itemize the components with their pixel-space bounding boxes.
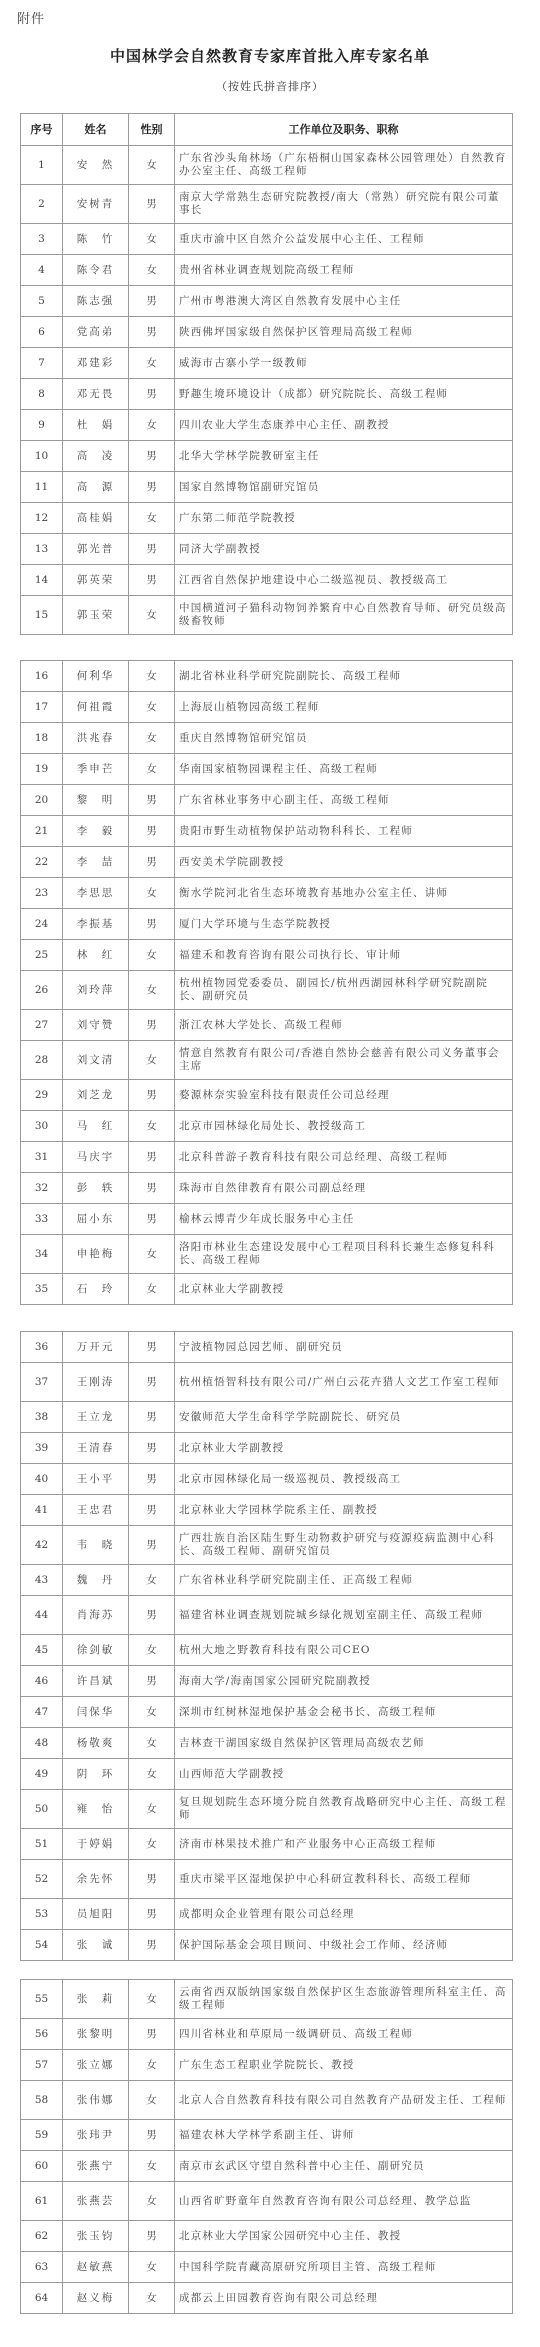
table-row: 30马 红女北京市园林绿化局处长、教授级高工	[21, 1111, 513, 1142]
expert-name: 安树青	[63, 185, 129, 224]
expert-affiliation: 保护国际基金会项目顾问、中级社会工作师、经济师	[175, 1930, 513, 1961]
expert-gender: 男	[129, 185, 175, 224]
expert-gender: 女	[129, 410, 175, 441]
expert-gender: 男	[129, 472, 175, 503]
expert-gender: 女	[129, 1790, 175, 1829]
table-row: 23李思思女衡水学院河北省生态环境教育基地办公室主任、讲师	[21, 878, 513, 909]
expert-name: 徐剑敏	[63, 1635, 129, 1666]
table-row: 4陈令君女贵州省林业调查规划院高级工程师	[21, 255, 513, 286]
expert-name: 刘芝龙	[63, 1080, 129, 1111]
row-number: 3	[21, 224, 63, 255]
table-row: 62张玉钧男北京林业大学国家公园研究中心主任、教授	[21, 2221, 513, 2252]
expert-affiliation: 贵州省林业调查规划院高级工程师	[175, 255, 513, 286]
expert-affiliation: 吉林查干湖国家级自然保护区管理局高级农艺师	[175, 1728, 513, 1759]
expert-affiliation: 野趣生境环境设计（成都）研究院院长、高级工程师	[175, 379, 513, 410]
table-row: 13郭光普男同济大学副教授	[21, 534, 513, 565]
expert-name: 杨敬爽	[63, 1728, 129, 1759]
table-row: 6党高弟男陕西佛坪国家级自然保护区管理局高级工程师	[21, 317, 513, 348]
table-row: 43魏 丹女广东省林业科学研究院副主任、正高级工程师	[21, 1565, 513, 1596]
table-row: 7邓建彩女威海市古寨小学一级教师	[21, 348, 513, 379]
expert-gender: 女	[129, 503, 175, 534]
expert-name: 高 源	[63, 472, 129, 503]
expert-name: 杜 娟	[63, 410, 129, 441]
expert-name: 马庆宇	[63, 1142, 129, 1173]
row-number: 19	[21, 754, 63, 785]
expert-affiliation: 四川省林业和草原局一级调研员、高级工程师	[175, 2019, 513, 2050]
expert-affiliation: 广州市粤港澳大湾区自然教育发展中心主任	[175, 286, 513, 317]
expert-name: 屈小东	[63, 1204, 129, 1235]
expert-name: 韦 晓	[63, 1526, 129, 1565]
row-number: 27	[21, 1010, 63, 1041]
table-row: 35石 玲女北京林业大学副教授	[21, 1274, 513, 1305]
expert-name: 申艳梅	[63, 1235, 129, 1274]
expert-affiliation: 国家自然博物馆副研究馆员	[175, 472, 513, 503]
attachment-label: 附件	[17, 8, 45, 27]
row-number: 13	[21, 534, 63, 565]
expert-name: 刘守赞	[63, 1010, 129, 1041]
expert-gender: 男	[129, 1495, 175, 1526]
expert-affiliation: 深圳市红树林湿地保护基金会秘书长、高级工程师	[175, 1697, 513, 1728]
table-row: 60张燕宁女南京市玄武区守望自然科普中心主任、副研究员	[21, 2151, 513, 2182]
table-row: 8邓无畏男野趣生境环境设计（成都）研究院院长、高级工程师	[21, 379, 513, 410]
expert-gender: 女	[129, 1697, 175, 1728]
table-row: 28刘文清女情意自然教育有限公司/香港自然协会慈善有限公司义务董事会主席	[21, 1041, 513, 1080]
expert-gender: 女	[129, 2182, 175, 2221]
document-subtitle: （按姓氏拼音排序）	[0, 78, 540, 94]
expert-affiliation: 北华大学林学院教研室主任	[175, 441, 513, 472]
expert-gender: 女	[129, 1274, 175, 1305]
table-row: 20黎 明男广东省林业事务中心副主任、高级工程师	[21, 785, 513, 816]
expert-name: 王刚涛	[63, 1363, 129, 1402]
table-row: 57张立娜女广东生态工程职业学院院长、教授	[21, 2050, 513, 2081]
expert-affiliation: 西安美术学院副教授	[175, 847, 513, 878]
expert-affiliation: 山西师范大学副教授	[175, 1759, 513, 1790]
expert-name: 肖海苏	[63, 1596, 129, 1635]
expert-gender: 男	[129, 1899, 175, 1930]
expert-gender: 男	[129, 1173, 175, 1204]
expert-name: 张燕芸	[63, 2182, 129, 2221]
row-number: 16	[21, 661, 63, 692]
row-number: 25	[21, 940, 63, 971]
expert-name: 张燕宁	[63, 2151, 129, 2182]
expert-affiliation: 浙江农林大学处长、高级工程师	[175, 1010, 513, 1041]
expert-gender: 男	[129, 1142, 175, 1173]
expert-gender: 女	[129, 2283, 175, 2314]
expert-gender: 女	[129, 1829, 175, 1860]
expert-gender: 女	[129, 1235, 175, 1274]
row-number: 52	[21, 1860, 63, 1899]
table-row: 12高桂娟女广东第二师范学院教授	[21, 503, 513, 534]
table-row: 9杜 娟女四川农业大学生态康养中心主任、副教授	[21, 410, 513, 441]
expert-affiliation: 成都云上田园教育咨询有限公司总经理	[175, 2283, 513, 2314]
table-row: 49阴 环女山西师范大学副教授	[21, 1759, 513, 1790]
expert-name: 李振基	[63, 909, 129, 940]
expert-gender: 男	[129, 1332, 175, 1363]
row-number: 64	[21, 2283, 63, 2314]
expert-name: 洪兆春	[63, 723, 129, 754]
expert-name: 李 喆	[63, 847, 129, 878]
expert-gender: 男	[129, 816, 175, 847]
table-row: 32彭 轶男珠海市自然律教育有限公司副总经理	[21, 1173, 513, 1204]
row-number: 58	[21, 2081, 63, 2120]
expert-gender: 女	[129, 754, 175, 785]
row-number: 55	[21, 1980, 63, 2019]
expert-affiliation: 成都明众企业管理有限公司总经理	[175, 1899, 513, 1930]
expert-gender: 男	[129, 1666, 175, 1697]
expert-name: 李思思	[63, 878, 129, 909]
table-row: 50雍 怡女复旦规划院生态环境分院自然教育战略研究中心主任、高级工程师	[21, 1790, 513, 1829]
row-number: 22	[21, 847, 63, 878]
table-row: 10高 凌男北华大学林学院教研室主任	[21, 441, 513, 472]
expert-affiliation: 福建农林大学林学系副主任、讲师	[175, 2120, 513, 2151]
expert-gender: 男	[129, 1204, 175, 1235]
expert-name: 林 红	[63, 940, 129, 971]
expert-name: 郭英荣	[63, 565, 129, 596]
expert-gender: 男	[129, 1363, 175, 1402]
expert-gender: 女	[129, 2252, 175, 2283]
table-row: 64赵义梅女成都云上田园教育咨询有限公司总经理	[21, 2283, 513, 2314]
expert-name: 陈志强	[63, 286, 129, 317]
table-row: 42韦 晓男广西壮族自治区陆生野生动物救护研究与疫源疫病监测中心科长、高级工程师…	[21, 1526, 513, 1565]
table-row: 21李 毅男贵阳市野生动植物保护站动物科科长、工程师	[21, 816, 513, 847]
table-row: 51于婷娟女济南市林果技术推广和产业服务中心正高级工程师	[21, 1829, 513, 1860]
table-row: 2安树青男南京大学常熟生态研究院教授/南大（常熟）研究院有限公司董事长	[21, 185, 513, 224]
expert-name: 雍 怡	[63, 1790, 129, 1829]
row-number: 51	[21, 1829, 63, 1860]
expert-gender: 女	[129, 596, 175, 635]
expert-affiliation: 南京市玄武区守望自然科普中心主任、副研究员	[175, 2151, 513, 2182]
expert-name: 季申芒	[63, 754, 129, 785]
row-number: 60	[21, 2151, 63, 2182]
row-number: 14	[21, 565, 63, 596]
expert-affiliation: 重庆自然博物馆研究馆员	[175, 723, 513, 754]
expert-gender: 男	[129, 909, 175, 940]
expert-affiliation: 贵阳市野生动植物保护站动物科科长、工程师	[175, 816, 513, 847]
expert-gender: 女	[129, 692, 175, 723]
row-number: 6	[21, 317, 63, 348]
table-row: 27刘守赞男浙江农林大学处长、高级工程师	[21, 1010, 513, 1041]
expert-gender: 女	[129, 348, 175, 379]
document-title: 中国林学会自然教育专家库首批入库专家名单	[0, 45, 540, 66]
expert-gender: 女	[129, 940, 175, 971]
row-number: 23	[21, 878, 63, 909]
row-number: 26	[21, 971, 63, 1010]
table-row: 3陈 竹女重庆市渝中区自然介公益发展中心主任、工程师	[21, 224, 513, 255]
expert-affiliation: 北京林业大学副教授	[175, 1433, 513, 1464]
table-row: 48杨敬爽女吉林查干湖国家级自然保护区管理局高级农艺师	[21, 1728, 513, 1759]
expert-affiliation: 广东省沙头角林场（广东梧桐山国家森林公园管理处）自然教育办公室主任、高级工程师	[175, 146, 513, 185]
expert-name: 马 红	[63, 1111, 129, 1142]
expert-name: 阴 环	[63, 1759, 129, 1790]
table-row: 59张玮尹男福建农林大学林学系副主任、讲师	[21, 2120, 513, 2151]
expert-name: 员旭阳	[63, 1899, 129, 1930]
row-number: 46	[21, 1666, 63, 1697]
expert-affiliation: 南京大学常熟生态研究院教授/南大（常熟）研究院有限公司董事长	[175, 185, 513, 224]
expert-affiliation: 福建省林业调查规划院城乡绿化规划室副主任、高级工程师	[175, 1596, 513, 1635]
table-row: 19季申芒女华南国家植物园课程主任、高级工程师	[21, 754, 513, 785]
expert-name: 邓无畏	[63, 379, 129, 410]
row-number: 20	[21, 785, 63, 816]
roster-table-page-4: 55张 莉女云南省西双版纳国家级自然保护区生态旅游管理所科室主任、高级工程师56…	[20, 1979, 513, 2314]
row-number: 21	[21, 816, 63, 847]
expert-name: 张黎明	[63, 2019, 129, 2050]
expert-affiliation: 厦门大学环境与生态学院教授	[175, 909, 513, 940]
expert-affiliation: 陕西佛坪国家级自然保护区管理局高级工程师	[175, 317, 513, 348]
row-number: 57	[21, 2050, 63, 2081]
row-number: 42	[21, 1526, 63, 1565]
expert-gender: 男	[129, 847, 175, 878]
row-number: 11	[21, 472, 63, 503]
expert-name: 刘玲萍	[63, 971, 129, 1010]
expert-gender: 男	[129, 2019, 175, 2050]
expert-affiliation: 江西省自然保护地建设中心二级巡视员、教授级高工	[175, 565, 513, 596]
expert-gender: 男	[129, 1930, 175, 1961]
expert-gender: 女	[129, 1759, 175, 1790]
expert-affiliation: 威海市古寨小学一级教师	[175, 348, 513, 379]
expert-name: 高桂娟	[63, 503, 129, 534]
expert-gender: 女	[129, 2081, 175, 2120]
expert-gender: 女	[129, 224, 175, 255]
expert-name: 陈 竹	[63, 224, 129, 255]
expert-name: 张伟娜	[63, 2081, 129, 2120]
expert-name: 党高弟	[63, 317, 129, 348]
row-number: 17	[21, 692, 63, 723]
table-row: 41王忠君男北京林业大学园林学院系主任、副教授	[21, 1495, 513, 1526]
expert-name: 万开元	[63, 1332, 129, 1363]
row-number: 45	[21, 1635, 63, 1666]
expert-affiliation: 北京科普游子教育科技有限公司总经理、高级工程师	[175, 1142, 513, 1173]
expert-affiliation: 广东生态工程职业学院院长、教授	[175, 2050, 513, 2081]
row-number: 38	[21, 1402, 63, 1433]
expert-name: 何祖霞	[63, 692, 129, 723]
expert-affiliation: 山西省旷野童年自然教育咨询有限公司总经理、教学总监	[175, 2182, 513, 2221]
expert-affiliation: 杭州大地之野教育科技有限公司CEO	[175, 1635, 513, 1666]
table-row: 46许昌斌男海南大学/海南国家公园研究院副教授	[21, 1666, 513, 1697]
expert-affiliation: 广东第二师范学院教授	[175, 503, 513, 534]
table-row: 25林 红女福建禾和教育咨询有限公司执行长、审计师	[21, 940, 513, 971]
table-row: 33屈小东男榆林云博青少年成长服务中心主任	[21, 1204, 513, 1235]
row-number: 34	[21, 1235, 63, 1274]
expert-affiliation: 重庆市渝中区自然介公益发展中心主任、工程师	[175, 224, 513, 255]
row-number: 31	[21, 1142, 63, 1173]
table-row: 55张 莉女云南省西双版纳国家级自然保护区生态旅游管理所科室主任、高级工程师	[21, 1980, 513, 2019]
expert-gender: 女	[129, 2151, 175, 2182]
expert-name: 刘文清	[63, 1041, 129, 1080]
expert-gender: 女	[129, 146, 175, 185]
expert-name: 王立龙	[63, 1402, 129, 1433]
expert-name: 张玮尹	[63, 2120, 129, 2151]
row-number: 40	[21, 1464, 63, 1495]
expert-gender: 女	[129, 971, 175, 1010]
expert-affiliation: 上海辰山植物园高级工程师	[175, 692, 513, 723]
expert-name: 高 凌	[63, 441, 129, 472]
expert-gender: 男	[129, 286, 175, 317]
expert-gender: 男	[129, 2221, 175, 2252]
row-number: 47	[21, 1697, 63, 1728]
row-number: 59	[21, 2120, 63, 2151]
expert-name: 张玉钧	[63, 2221, 129, 2252]
expert-affiliation: 安徽师范大学生命科学学院副院长、研究员	[175, 1402, 513, 1433]
expert-affiliation: 同济大学副教授	[175, 534, 513, 565]
table-row: 34申艳梅女洛阳市林业生态建设发展中心工程项目科科长兼生态修复科科长、高级工程师	[21, 1235, 513, 1274]
row-number: 12	[21, 503, 63, 534]
expert-gender: 男	[129, 1433, 175, 1464]
header-name: 姓名	[63, 114, 129, 146]
table-row: 47闫保华女深圳市红树林湿地保护基金会秘书长、高级工程师	[21, 1697, 513, 1728]
expert-name: 王清春	[63, 1433, 129, 1464]
table-row: 18洪兆春女重庆自然博物馆研究馆员	[21, 723, 513, 754]
table-row: 38王立龙男安徽师范大学生命科学学院副院长、研究员	[21, 1402, 513, 1433]
row-number: 24	[21, 909, 63, 940]
table-row: 16何利华女湖北省林业科学研究院副院长、高级工程师	[21, 661, 513, 692]
row-number: 7	[21, 348, 63, 379]
table-row: 54张 诚男保护国际基金会项目顾问、中级社会工作师、经济师	[21, 1930, 513, 1961]
expert-affiliation: 云南省西双版纳国家级自然保护区生态旅游管理所科室主任、高级工程师	[175, 1980, 513, 2019]
table-row: 36万开元男宁波植物园总园艺师、副研究员	[21, 1332, 513, 1363]
expert-name: 王忠君	[63, 1495, 129, 1526]
expert-gender: 男	[129, 1526, 175, 1565]
expert-gender: 女	[129, 1565, 175, 1596]
table-row: 63赵敏燕女中国科学院青藏高原研究所项目主管、高级工程师	[21, 2252, 513, 2283]
row-number: 49	[21, 1759, 63, 1790]
table-row: 5陈志强男广州市粤港澳大湾区自然教育发展中心主任	[21, 286, 513, 317]
expert-gender: 女	[129, 255, 175, 286]
expert-gender: 男	[129, 1464, 175, 1495]
expert-gender: 男	[129, 2120, 175, 2151]
expert-gender: 女	[129, 1635, 175, 1666]
expert-name: 张立娜	[63, 2050, 129, 2081]
expert-affiliation: 北京市园林绿化局一级巡视员、教授级高工	[175, 1464, 513, 1495]
row-number: 48	[21, 1728, 63, 1759]
expert-name: 郭玉荣	[63, 596, 129, 635]
row-number: 1	[21, 146, 63, 185]
expert-name: 王小平	[63, 1464, 129, 1495]
expert-gender: 男	[129, 317, 175, 348]
expert-name: 何利华	[63, 661, 129, 692]
roster-table-page-2: 16何利华女湖北省林业科学研究院副院长、高级工程师17何祖霞女上海辰山植物园高级…	[20, 660, 513, 1305]
table-row: 11高 源男国家自然博物馆副研究馆员	[21, 472, 513, 503]
expert-gender: 男	[129, 441, 175, 472]
table-header-row: 序号姓名性别工作单位及职务、职称	[21, 114, 513, 146]
header-org: 工作单位及职务、职称	[175, 114, 513, 146]
table-row: 26刘玲萍女杭州植物园党委委员、副园长/杭州西湖园林科学研究院副院长、副研究员	[21, 971, 513, 1010]
expert-name: 李 毅	[63, 816, 129, 847]
table-row: 1安 然女广东省沙头角林场（广东梧桐山国家森林公园管理处）自然教育办公室主任、高…	[21, 146, 513, 185]
expert-gender: 男	[129, 565, 175, 596]
table-row: 56张黎明男四川省林业和草原局一级调研员、高级工程师	[21, 2019, 513, 2050]
header-sex: 性别	[129, 114, 175, 146]
expert-affiliation: 广东省林业科学研究院副主任、正高级工程师	[175, 1565, 513, 1596]
row-number: 9	[21, 410, 63, 441]
row-number: 37	[21, 1363, 63, 1402]
expert-gender: 男	[129, 1402, 175, 1433]
expert-gender: 女	[129, 2050, 175, 2081]
row-number: 30	[21, 1111, 63, 1142]
roster-table-page-1: 序号姓名性别工作单位及职务、职称1安 然女广东省沙头角林场（广东梧桐山国家森林公…	[20, 113, 513, 635]
expert-affiliation: 北京人合自然教育科技有限公司自然教育产品研发主任、工程师	[175, 2081, 513, 2120]
expert-name: 张 莉	[63, 1980, 129, 2019]
row-number: 5	[21, 286, 63, 317]
expert-name: 郭光普	[63, 534, 129, 565]
table-row: 29刘芝龙男婺源林奈实验室科技有限责任公司总经理	[21, 1080, 513, 1111]
expert-gender: 女	[129, 1980, 175, 2019]
expert-affiliation: 中国科学院青藏高原研究所项目主管、高级工程师	[175, 2252, 513, 2283]
row-number: 54	[21, 1930, 63, 1961]
expert-gender: 男	[129, 379, 175, 410]
table-row: 17何祖霞女上海辰山植物园高级工程师	[21, 692, 513, 723]
header-no: 序号	[21, 114, 63, 146]
expert-affiliation: 复旦规划院生态环境分院自然教育战略研究中心主任、高级工程师	[175, 1790, 513, 1829]
table-row: 15郭玉荣女中国横道河子猫科动物饲养繁育中心自然教育导师、研究员级高级畜牧师	[21, 596, 513, 635]
expert-affiliation: 中国横道河子猫科动物饲养繁育中心自然教育导师、研究员级高级畜牧师	[175, 596, 513, 635]
expert-name: 许昌斌	[63, 1666, 129, 1697]
expert-affiliation: 济南市林果技术推广和产业服务中心正高级工程师	[175, 1829, 513, 1860]
expert-name: 余先怀	[63, 1860, 129, 1899]
expert-gender: 女	[129, 661, 175, 692]
expert-name: 张 诚	[63, 1930, 129, 1961]
table-row: 53员旭阳男成都明众企业管理有限公司总经理	[21, 1899, 513, 1930]
table-row: 52余先怀男重庆市梁平区湿地保护中心科研宣教科科长、高级工程师	[21, 1860, 513, 1899]
expert-affiliation: 湖北省林业科学研究院副院长、高级工程师	[175, 661, 513, 692]
expert-gender: 女	[129, 1728, 175, 1759]
expert-gender: 男	[129, 1596, 175, 1635]
row-number: 10	[21, 441, 63, 472]
expert-gender: 女	[129, 878, 175, 909]
expert-affiliation: 衡水学院河北省生态环境教育基地办公室主任、讲师	[175, 878, 513, 909]
expert-affiliation: 广东省林业事务中心副主任、高级工程师	[175, 785, 513, 816]
row-number: 62	[21, 2221, 63, 2252]
expert-name: 彭 轶	[63, 1173, 129, 1204]
row-number: 2	[21, 185, 63, 224]
expert-affiliation: 四川农业大学生态康养中心主任、副教授	[175, 410, 513, 441]
table-row: 45徐剑敏女杭州大地之野教育科技有限公司CEO	[21, 1635, 513, 1666]
expert-name: 于婷娟	[63, 1829, 129, 1860]
row-number: 63	[21, 2252, 63, 2283]
row-number: 50	[21, 1790, 63, 1829]
expert-name: 黎 明	[63, 785, 129, 816]
row-number: 15	[21, 596, 63, 635]
expert-name: 邓建彩	[63, 348, 129, 379]
row-number: 33	[21, 1204, 63, 1235]
expert-gender: 男	[129, 534, 175, 565]
expert-name: 赵义梅	[63, 2283, 129, 2314]
row-number: 43	[21, 1565, 63, 1596]
expert-name: 陈令君	[63, 255, 129, 286]
row-number: 35	[21, 1274, 63, 1305]
expert-affiliation: 杭州植物园党委委员、副园长/杭州西湖园林科学研究院副院长、副研究员	[175, 971, 513, 1010]
table-row: 44肖海苏男福建省林业调查规划院城乡绿化规划室副主任、高级工程师	[21, 1596, 513, 1635]
expert-affiliation: 重庆市梁平区湿地保护中心科研宣教科科长、高级工程师	[175, 1860, 513, 1899]
expert-gender: 女	[129, 1041, 175, 1080]
expert-name: 闫保华	[63, 1697, 129, 1728]
expert-affiliation: 宁波植物园总园艺师、副研究员	[175, 1332, 513, 1363]
row-number: 53	[21, 1899, 63, 1930]
expert-affiliation: 榆林云博青少年成长服务中心主任	[175, 1204, 513, 1235]
expert-gender: 男	[129, 1010, 175, 1041]
expert-gender: 女	[129, 723, 175, 754]
expert-affiliation: 杭州植悟智科技有限公司/广州白云花卉猎人文艺工作室工程师	[175, 1363, 513, 1402]
expert-affiliation: 北京林业大学国家公园研究中心主任、教授	[175, 2221, 513, 2252]
row-number: 18	[21, 723, 63, 754]
row-number: 39	[21, 1433, 63, 1464]
expert-gender: 女	[129, 1111, 175, 1142]
row-number: 8	[21, 379, 63, 410]
row-number: 56	[21, 2019, 63, 2050]
table-row: 61张燕芸女山西省旷野童年自然教育咨询有限公司总经理、教学总监	[21, 2182, 513, 2221]
expert-affiliation: 珠海市自然律教育有限公司副总经理	[175, 1173, 513, 1204]
expert-affiliation: 福建禾和教育咨询有限公司执行长、审计师	[175, 940, 513, 971]
table-row: 37王刚涛男杭州植悟智科技有限公司/广州白云花卉猎人文艺工作室工程师	[21, 1363, 513, 1402]
